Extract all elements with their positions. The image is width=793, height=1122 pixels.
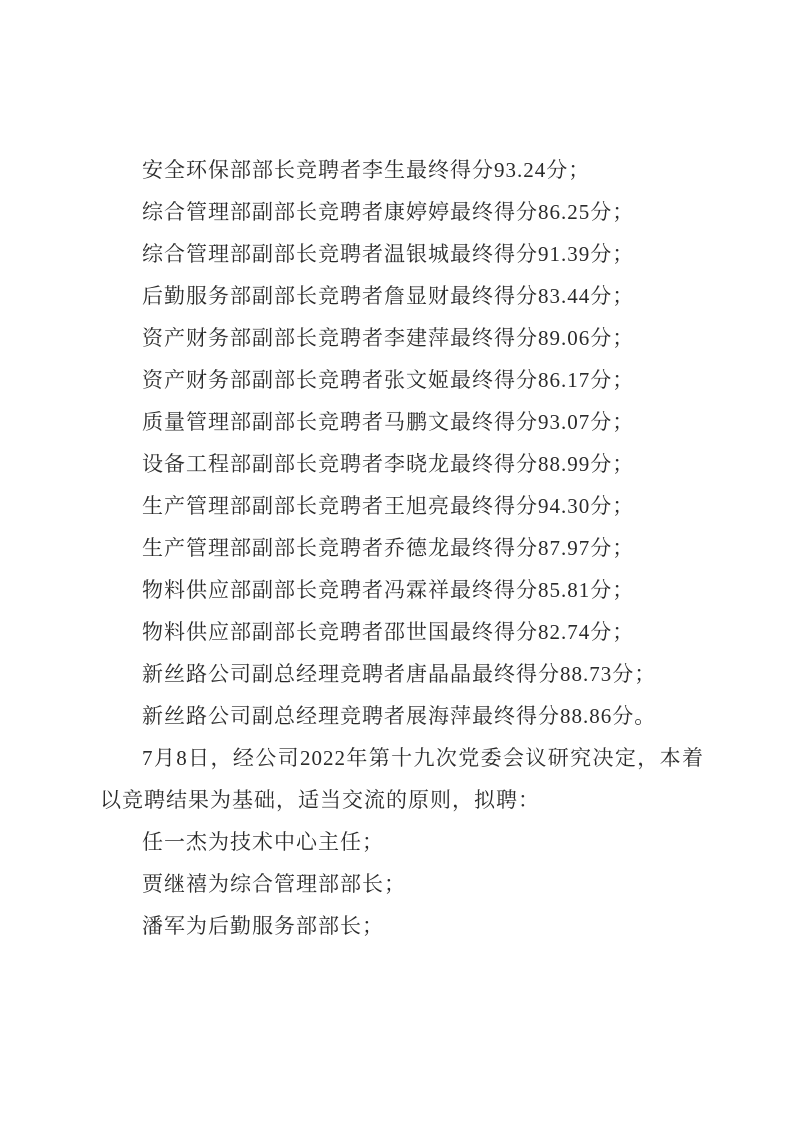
appointment-line: 任一杰为技术中心主任；	[100, 821, 704, 863]
appointment-line: 贾继禧为综合管理部部长；	[100, 863, 704, 905]
score-line: 安全环保部部长竞聘者李生最终得分93.24分；	[100, 149, 704, 191]
document-page: 安全环保部部长竞聘者李生最终得分93.24分； 综合管理部副部长竞聘者康婷婷最终…	[0, 0, 793, 1122]
score-line: 质量管理部副部长竞聘者马鹏文最终得分93.07分；	[100, 401, 704, 443]
score-line: 生产管理部副部长竞聘者乔德龙最终得分87.97分；	[100, 527, 704, 569]
score-line: 资产财务部副部长竞聘者李建萍最终得分89.06分；	[100, 317, 704, 359]
decision-paragraph: 7月8日，经公司2022年第十九次党委会议研究决定，本着以竞聘结果为基础，适当交…	[100, 737, 704, 821]
score-line: 设备工程部副部长竞聘者李晓龙最终得分88.99分；	[100, 443, 704, 485]
score-line: 资产财务部副部长竞聘者张文姬最终得分86.17分；	[100, 359, 704, 401]
score-line: 后勤服务部副部长竞聘者詹显财最终得分83.44分；	[100, 275, 704, 317]
score-line: 新丝路公司副总经理竞聘者展海萍最终得分88.86分。	[100, 695, 704, 737]
score-line: 生产管理部副部长竞聘者王旭亮最终得分94.30分；	[100, 485, 704, 527]
score-line: 物料供应部副部长竞聘者邵世国最终得分82.74分；	[100, 611, 704, 653]
score-line: 综合管理部副部长竞聘者温银城最终得分91.39分；	[100, 233, 704, 275]
score-line: 物料供应部副部长竞聘者冯霖祥最终得分85.81分；	[100, 569, 704, 611]
document-body: 安全环保部部长竞聘者李生最终得分93.24分； 综合管理部副部长竞聘者康婷婷最终…	[100, 149, 704, 947]
score-line: 综合管理部副部长竞聘者康婷婷最终得分86.25分；	[100, 191, 704, 233]
score-line: 新丝路公司副总经理竞聘者唐晶晶最终得分88.73分；	[100, 653, 704, 695]
appointment-line: 潘军为后勤服务部部长；	[100, 905, 704, 947]
